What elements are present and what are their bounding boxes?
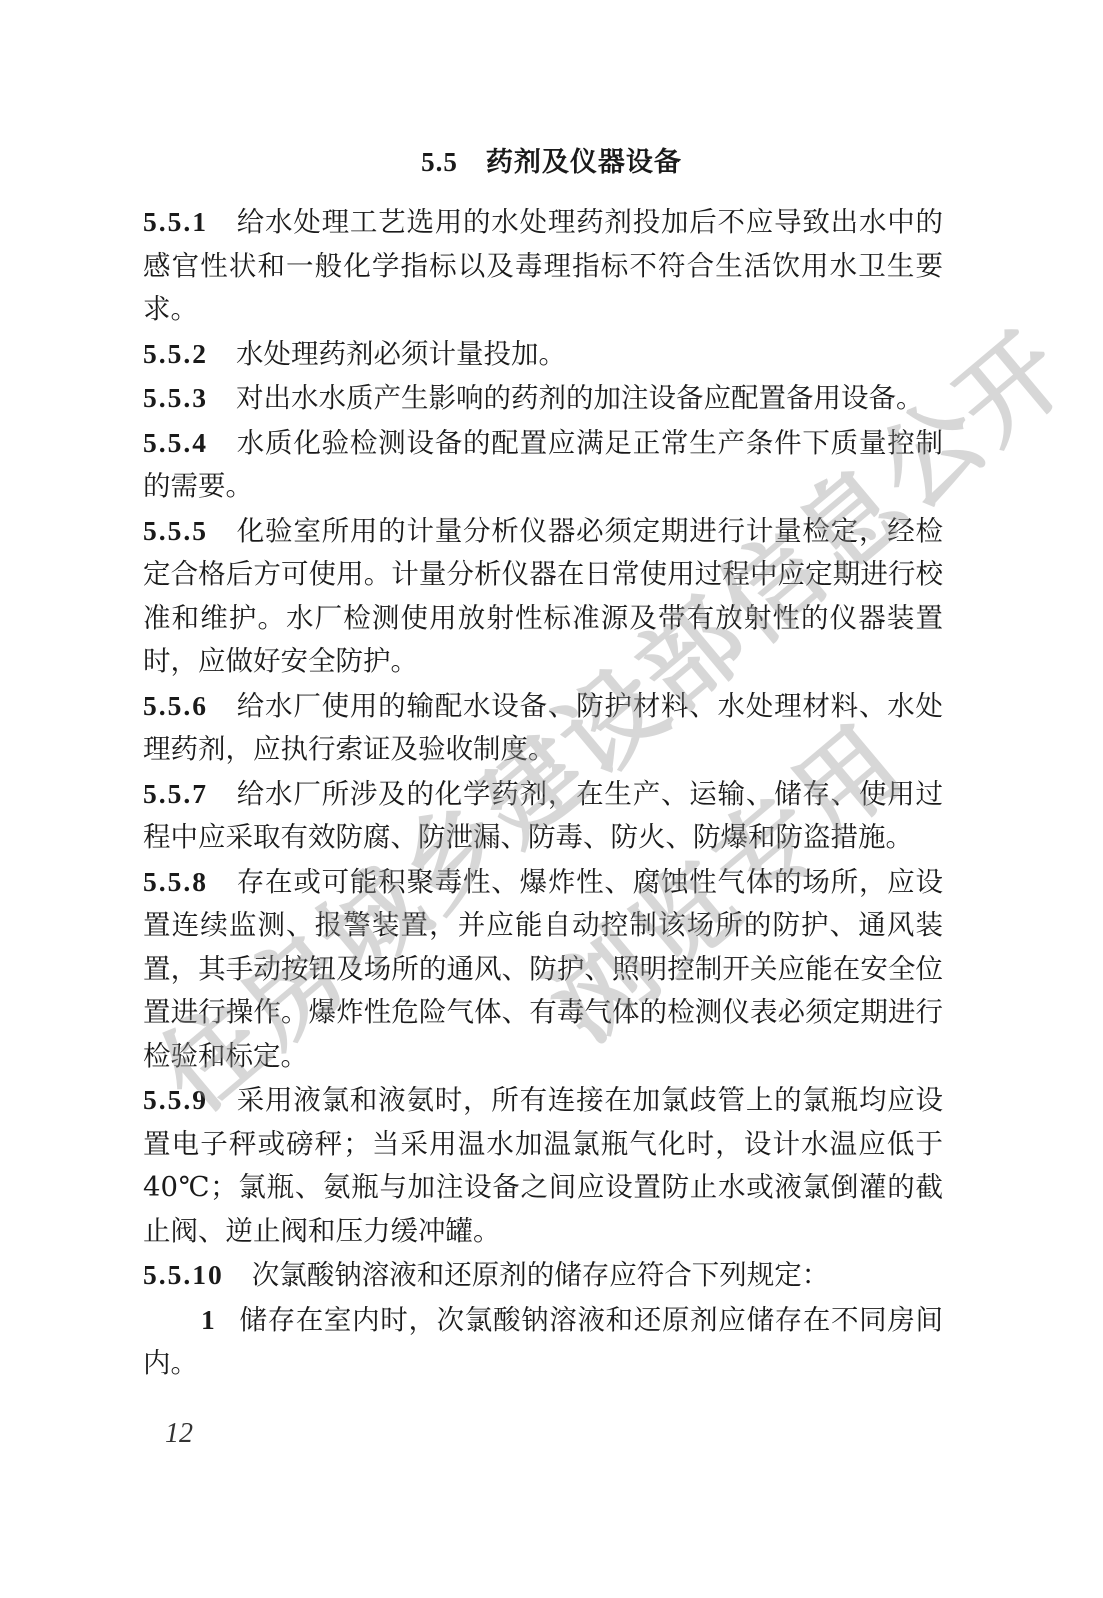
clause-5-5-3: 5.5.3对出水水质产生影响的药剂的加注设备应配置备用设备。 xyxy=(143,376,943,421)
clause-text: 对出水水质产生影响的药剂的加注设备应配置备用设备。 xyxy=(236,382,924,414)
page-number: 12 xyxy=(165,1418,193,1450)
clause-text: 次氯酸钠溶液和还原剂的储存应符合下列规定： xyxy=(252,1259,830,1291)
clause-number: 5.5.6 xyxy=(143,690,208,721)
clause-5-5-7: 5.5.7给水厂所涉及的化学药剂，在生产、运输、储存、使用过程中应采取有效防腐、… xyxy=(143,772,943,860)
section-number: 5.5 xyxy=(421,147,458,177)
clause-5-5-10: 5.5.10次氯酸钠溶液和还原剂的储存应符合下列规定： xyxy=(143,1253,943,1298)
item-number: 1 xyxy=(201,1304,217,1335)
clause-number: 5.5.4 xyxy=(143,427,208,458)
clause-number: 5.5.1 xyxy=(143,206,208,237)
sub-item-1: 1储存在室内时，次氯酸钠溶液和还原剂应储存在不同房间内。 xyxy=(143,1298,943,1386)
clause-number: 5.5.9 xyxy=(143,1084,208,1115)
section-title-text: 药剂及仪器设备 xyxy=(486,147,682,178)
section-heading: 5.5药剂及仪器设备 xyxy=(0,140,1103,179)
clause-5-5-8: 5.5.8存在或可能积聚毒性、爆炸性、腐蚀性气体的场所，应设置连续监测、报警装置… xyxy=(143,860,943,1079)
clause-text: 给水厂所涉及的化学药剂，在生产、运输、储存、使用过程中应采取有效防腐、防泄漏、防… xyxy=(143,778,943,854)
clause-5-5-6: 5.5.6给水厂使用的输配水设备、防护材料、水处理材料、水处理药剂，应执行索证及… xyxy=(143,684,943,772)
clause-number: 5.5.10 xyxy=(143,1259,224,1290)
clause-text: 化验室所用的计量分析仪器必须定期进行计量检定，经检定合格后方可使用。计量分析仪器… xyxy=(143,515,943,678)
document-page: 5.5药剂及仪器设备 5.5.1给水处理工艺选用的水处理药剂投加后不应导致出水中… xyxy=(0,0,1103,1598)
clause-5-5-4: 5.5.4水质化验检测设备的配置应满足正常生产条件下质量控制的需要。 xyxy=(143,421,943,509)
clause-text: 采用液氯和液氨时，所有连接在加氯歧管上的氯瓶均应设置电子秤或磅秤；当采用温水加温… xyxy=(143,1084,943,1247)
clause-number: 5.5.7 xyxy=(143,778,208,809)
item-text: 储存在室内时，次氯酸钠溶液和还原剂应储存在不同房间内。 xyxy=(143,1304,943,1380)
clause-text: 给水厂使用的输配水设备、防护材料、水处理材料、水处理药剂，应执行索证及验收制度。 xyxy=(143,690,943,766)
clause-text: 存在或可能积聚毒性、爆炸性、腐蚀性气体的场所，应设置连续监测、报警装置，并应能自… xyxy=(143,866,943,1072)
clause-number: 5.5.8 xyxy=(143,866,208,897)
clause-text: 给水处理工艺选用的水处理药剂投加后不应导致出水中的感官性状和一般化学指标以及毒理… xyxy=(143,206,943,325)
clause-number: 5.5.2 xyxy=(143,338,208,369)
clause-list: 5.5.1给水处理工艺选用的水处理药剂投加后不应导致出水中的感官性状和一般化学指… xyxy=(143,200,943,1386)
clause-number: 5.5.3 xyxy=(143,382,208,413)
clause-text: 水处理药剂必须计量投加。 xyxy=(236,338,566,370)
clause-5-5-2: 5.5.2水处理药剂必须计量投加。 xyxy=(143,332,943,377)
clause-5-5-1: 5.5.1给水处理工艺选用的水处理药剂投加后不应导致出水中的感官性状和一般化学指… xyxy=(143,200,943,332)
clause-text: 水质化验检测设备的配置应满足正常生产条件下质量控制的需要。 xyxy=(143,427,943,503)
clause-number: 5.5.5 xyxy=(143,515,208,546)
clause-5-5-5: 5.5.5化验室所用的计量分析仪器必须定期进行计量检定，经检定合格后方可使用。计… xyxy=(143,509,943,684)
clause-5-5-9: 5.5.9采用液氯和液氨时，所有连接在加氯歧管上的氯瓶均应设置电子秤或磅秤；当采… xyxy=(143,1078,943,1253)
